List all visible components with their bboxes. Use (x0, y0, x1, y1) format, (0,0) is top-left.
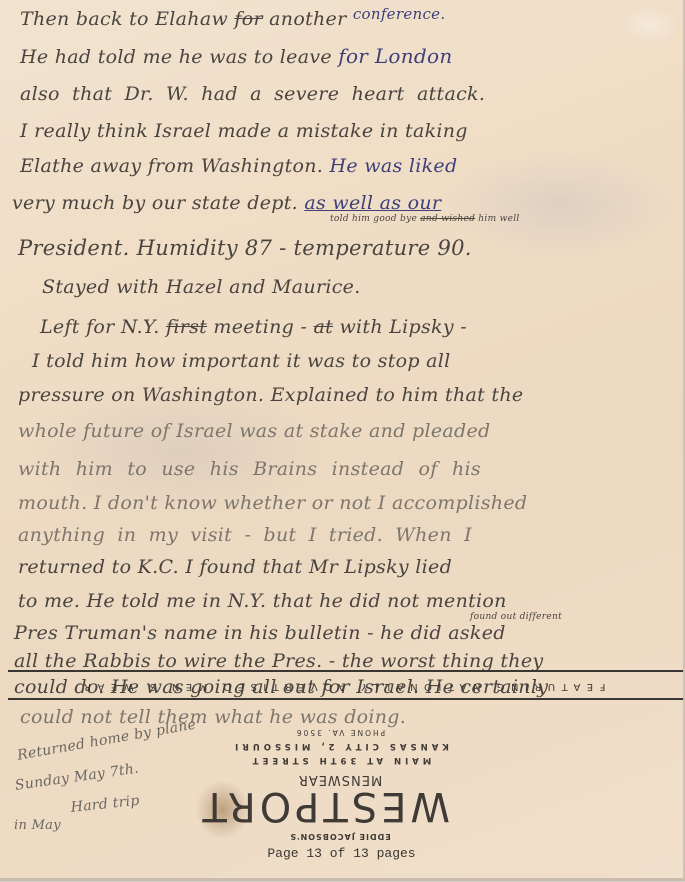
text: found out different (470, 612, 562, 622)
interlinear-note: told him good bye and wished him well (330, 214, 520, 224)
text: with him to use his Brains instead of hi… (18, 458, 481, 480)
margin-note: Sunday May 7th. (14, 761, 140, 794)
text: told him good bye (330, 214, 420, 224)
handwritten-line: He had told me he was to leave for Londo… (20, 44, 453, 68)
text: whole future of Israel was at stake and … (18, 420, 490, 442)
blue-ink-text: He was liked (330, 155, 458, 177)
text: also that Dr. W. had a severe heart atta… (20, 83, 485, 105)
letterhead-phone: PHONE VA. 3506 (230, 725, 450, 739)
struck-text: and wished (420, 214, 475, 224)
text: Pres Truman's name in his bulletin - he … (14, 622, 506, 644)
banner-rule-bottom (8, 698, 683, 700)
text: pressure on Washington. Explained to him… (18, 384, 523, 406)
blue-ink-text: conference. (353, 5, 446, 23)
text: with Lipsky - (333, 316, 467, 338)
blue-ink-text: for London (338, 44, 452, 68)
interlinear-note: found out different (470, 612, 562, 622)
handwritten-line: Then back to Elahaw for another conferen… (20, 5, 445, 30)
blue-ink-text: as well as our (304, 192, 441, 214)
page-number-label: Page 13 of 13 pages (0, 846, 683, 861)
text: Sunday May 7th. (14, 761, 140, 794)
text: Left for N.Y. (40, 316, 166, 338)
handwritten-line: I really think Israel made a mistake in … (20, 120, 468, 142)
letter-page: Then back to Elahaw for another conferen… (0, 0, 685, 881)
letterhead-brand: WESTPORT (230, 786, 450, 826)
text: He had told me he was to leave (20, 46, 338, 68)
handwritten-line: with him to use his Brains instead of hi… (18, 458, 481, 480)
text: to me. He told me in N.Y. that he did no… (18, 590, 507, 612)
text: very much by our state dept. (12, 192, 304, 214)
text: mouth. I don't know whether or not I acc… (18, 492, 527, 514)
handwritten-line: Pres Truman's name in his bulletin - he … (14, 622, 506, 644)
text: all the Rabbis to wire the Pres. - the w… (14, 650, 543, 672)
water-stain (440, 150, 680, 260)
margin-note: Hard trip (70, 793, 140, 816)
letterhead-address-2: KANSAS CITY 2, MISSOURI (230, 739, 450, 753)
handwritten-line: whole future of Israel was at stake and … (18, 420, 490, 442)
text: Hard trip (70, 793, 140, 816)
handwritten-line: anything in my visit - but I tried. When… (18, 524, 472, 546)
text: Stayed with Hazel and Maurice. (42, 276, 361, 298)
text: returned to K.C. I found that Mr Lipsky … (18, 556, 452, 578)
handwritten-line: President. Humidity 87 - temperature 90. (18, 236, 472, 260)
handwritten-line: Elathe away from Washington. He was like… (20, 155, 457, 177)
handwritten-line: very much by our state dept. as well as … (12, 192, 441, 214)
text: I told him how important it was to stop … (32, 350, 451, 372)
handwritten-line: all the Rabbis to wire the Pres. - the w… (14, 650, 543, 672)
handwritten-line: Stayed with Hazel and Maurice. (42, 276, 361, 298)
handwritten-line: returned to K.C. I found that Mr Lipsky … (18, 556, 452, 578)
banner-rule-top (8, 670, 683, 672)
struck-text: at (314, 316, 334, 338)
handwritten-line: to me. He told me in N.Y. that he did no… (18, 590, 507, 612)
letterhead-address-1: MAIN AT 39TH STREET (230, 753, 450, 767)
margin-note: in May (14, 818, 61, 833)
text: Then back to Elahaw (20, 8, 234, 30)
handwritten-line: Left for N.Y. first meeting - at with Li… (40, 316, 467, 338)
handwritten-line: I told him how important it was to stop … (32, 350, 451, 372)
struck-text: first (166, 316, 207, 338)
text: I really think Israel made a mistake in … (20, 120, 468, 142)
stationery-banner: FEATURING NATIONALLY ADVERTISED MEN'S WE… (0, 681, 683, 692)
text: meeting - (207, 316, 313, 338)
handwritten-line: also that Dr. W. had a severe heart atta… (20, 83, 485, 105)
embossed-mark (620, 5, 680, 45)
letterhead-owner: EDDIE JACOBSON'S (230, 832, 450, 841)
struck-text: for (234, 8, 262, 30)
handwritten-line: mouth. I don't know whether or not I acc… (18, 492, 527, 514)
text: in May (14, 818, 61, 833)
handwritten-line: pressure on Washington. Explained to him… (18, 384, 523, 406)
text: anything in my visit - but I tried. When… (18, 524, 472, 546)
text: him well (475, 214, 519, 224)
letterhead: EDDIE JACOBSON'S WESTPORT MENSWEAR MAIN … (230, 725, 450, 841)
text: another (263, 8, 353, 30)
text: Elathe away from Washington. (20, 155, 330, 177)
text: President. Humidity 87 - temperature 90. (18, 236, 472, 260)
